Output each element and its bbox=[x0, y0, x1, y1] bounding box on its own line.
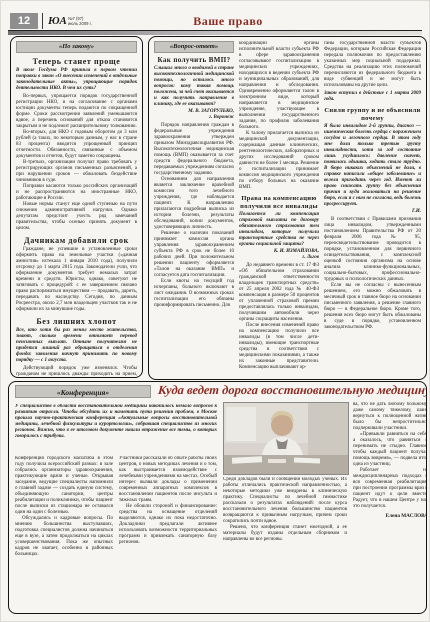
conference-byline: Елена МАСЛОВА bbox=[353, 513, 427, 520]
conference-photo bbox=[223, 402, 349, 475]
article-lead-1: В июле Госдума РФ приняла в первом чтени… bbox=[16, 68, 137, 92]
conference-column-2: Участники рассказали об опыте работы сво… bbox=[119, 456, 217, 608]
qa-question-1: Слышал много о вводимой в стране высокот… bbox=[154, 66, 234, 108]
letter-signature: Г.И. bbox=[324, 209, 421, 215]
law-box: «По закону» Теперь станет проще В июле Г… bbox=[10, 36, 143, 378]
article-title-2: Дачникам добавили срок bbox=[16, 236, 137, 245]
qa-signature-name: К. И. ИЗМАЙЛОВА, bbox=[274, 249, 319, 254]
qa-column-1: «Вопрос-ответ» Как получить ВМП? Слышал … bbox=[154, 41, 234, 375]
article-paragraph: В-третьих, организации получат право тре… bbox=[16, 160, 137, 184]
article-paragraph: Во-вторых, для НКО с годовым оборотом до… bbox=[16, 130, 137, 160]
qa-paragraph: После внесения изменений право на компен… bbox=[239, 323, 319, 371]
conference-lead: У специалистов в области восстановительн… bbox=[15, 404, 217, 456]
conference-column-4: ва, что не дать любому больному, даже са… bbox=[353, 402, 427, 608]
qa-paragraph: В соответствии с Правилами признания лиц… bbox=[324, 217, 421, 283]
page-header: 12 ЮА №7 (97) июль 2009 г. Ваше право bbox=[8, 13, 422, 30]
qa-signature-city: г. Воронеж bbox=[209, 115, 234, 120]
conference-headline: Куда ведет дорога восстановительную меди… bbox=[157, 382, 421, 399]
qa-paragraph: координации органы исполнительной власти… bbox=[239, 41, 319, 131]
qa-paragraph: Порядок направления граждан в федеральны… bbox=[154, 123, 234, 177]
article-paragraph: Поправки касаются только российских орга… bbox=[16, 184, 137, 202]
newspaper-page: 12 ЮА №7 (97) июль 2009 г. Ваше право «П… bbox=[0, 0, 430, 622]
qa-paragraph: Основанием для направления является закл… bbox=[154, 177, 234, 231]
article-paragraph: Во-первых, упрощается порядок государств… bbox=[16, 94, 137, 130]
conference-paragraph: «Привыкли равняться на себя, а оказалось… bbox=[353, 432, 427, 468]
conference-paragraph: Конференция городского масштаба в этом г… bbox=[15, 456, 113, 516]
qa-column-3: ганы государственной власти субъектов Фе… bbox=[324, 41, 421, 375]
section-title: Ваше право bbox=[8, 14, 422, 29]
conference-label: «Конференция» bbox=[15, 385, 151, 398]
qa-signature-1: М. В. ЗАГОРУЛЬКО, г. Воронеж bbox=[154, 109, 234, 121]
article-paragraph: Граждане, не успевшие в установленные ср… bbox=[16, 247, 137, 313]
conference-paragraph: Работает на междисциплинарных подходах и… bbox=[353, 468, 427, 510]
qa-paragraph: Если вы не согласны с вынесенным решение… bbox=[324, 283, 421, 331]
conference-photo-image bbox=[224, 403, 348, 474]
header-rule bbox=[8, 30, 422, 35]
conference-paragraph: Среди докладов были и сообщения молодых … bbox=[223, 477, 347, 525]
conference-column-1: Конференция городского масштаба в этом г… bbox=[15, 456, 113, 608]
conference-box: «Конференция» Куда ведет дорога восстано… bbox=[8, 381, 427, 614]
qa-paragraph: К талону прилагается выписка из медицинс… bbox=[239, 131, 319, 191]
qa-signature-city: г. Льгов bbox=[302, 255, 319, 260]
qa-box-label: «Вопрос-ответ» bbox=[154, 41, 234, 53]
law-note: Закон вступил в действие с 1 марта 2009 … bbox=[324, 91, 421, 103]
qa-question-2: Полагается ли компенсация страховой выпл… bbox=[239, 212, 319, 248]
conference-paragraph: ва, что не дать любому больному, даже са… bbox=[353, 402, 427, 432]
conference-paragraph: Не обошли стороной и финансирование: сре… bbox=[119, 504, 217, 546]
qa-paragraph: Решение о наличии показаний принимает ко… bbox=[154, 231, 234, 279]
qa-column-2: координации органы исполнительной власти… bbox=[239, 41, 319, 375]
qa-signature-name: М. В. ЗАГОРУЛЬКО, bbox=[188, 109, 234, 114]
qa-paragraph: Если квоты на текущий год исчерпаны, бол… bbox=[154, 279, 234, 309]
article-paragraph: Новые нормы станут еще одной ступенью на… bbox=[16, 202, 137, 232]
conference-column-3: Среди докладов были и сообщения молодых … bbox=[223, 477, 347, 608]
qa-paragraph: ганы государственной власти субъектов Фе… bbox=[324, 41, 421, 89]
conference-paragraph: Решено, что конференция станет ежегодной… bbox=[223, 525, 347, 543]
qa-paragraph: До недавнего времени в ст. 17 ФЗ «Об обя… bbox=[239, 263, 319, 323]
letter-title: Сняли группу и не объяснили почему bbox=[324, 107, 421, 122]
article-title-3: Без лишних хлопот bbox=[16, 317, 137, 326]
qa-signature-2: К. И. ИЗМАЙЛОВА, г. Льгов bbox=[239, 249, 319, 261]
article-lead-3: Все, кто хотя бы раз менял место жительс… bbox=[16, 328, 137, 364]
article-title-1: Теперь станет проще bbox=[16, 57, 137, 66]
letter-text: Я была инвалидом 2-й группы, диагноз — и… bbox=[324, 124, 421, 208]
qa-box: «Вопрос-ответ» Как получить ВМП? Слышал … bbox=[148, 36, 427, 380]
qa-title-1: Как получить ВМП? bbox=[154, 56, 234, 64]
article-paragraph: Действующий порядок уже изменялся. Чтобы… bbox=[16, 366, 137, 378]
qa-title-2: Права на компенсацию получили все инвали… bbox=[239, 195, 319, 210]
conference-paragraph: Участники рассказали об опыте работы сво… bbox=[119, 456, 217, 504]
law-box-label: «По закону» bbox=[16, 41, 137, 53]
conference-paragraph: Обсуждались и кадровые вопросы. По мнени… bbox=[15, 516, 113, 558]
